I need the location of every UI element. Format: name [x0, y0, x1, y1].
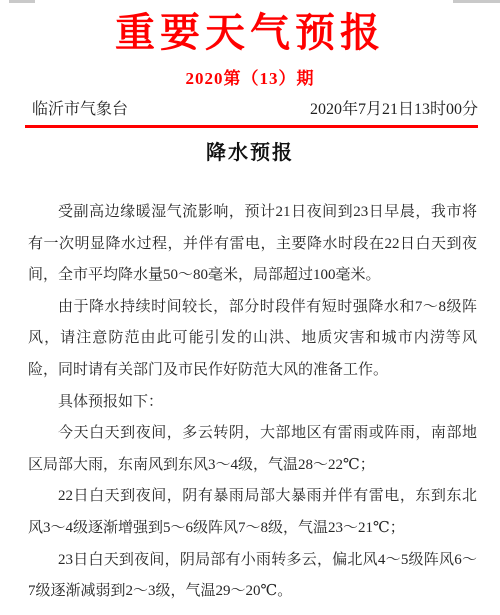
issue-datetime: 2020年7月21日13时00分 — [310, 100, 478, 120]
body-paragraph-forecast-day22: 22日白天到夜间，阴有暴雨局部大暴雨并伴有雷电，东到东北风3～4级逐渐增强到5～… — [28, 481, 477, 544]
header-divider — [25, 125, 478, 128]
body-paragraph-forecast-day23: 23日白天到夜间，阴局部有小雨转多云，偏北风4～5级阵风6～7级逐渐减弱到2～3… — [28, 545, 477, 608]
section-title: 降水预报 — [0, 140, 500, 166]
document-title: 重要天气预报 — [0, 10, 500, 56]
body-paragraph-forecast-today: 今天白天到夜间，多云转阴，大部地区有雷雨或阵雨，南部地区局部大雨，东南风到东风3… — [28, 418, 477, 481]
body-paragraph-risk-warning: 由于降水持续时间较长，部分时段伴有短时强降水和7～8级阵风，请注意防范由此可能引… — [28, 292, 477, 387]
edge-artifact-right — [453, 0, 500, 3]
issuing-agency: 临沂市气象台 — [32, 100, 128, 120]
meta-row: 临沂市气象台 2020年7月21日13时00分 — [0, 100, 500, 120]
body-paragraph-forecast-intro: 具体预报如下： — [28, 387, 477, 419]
edge-artifact-left — [9, 0, 35, 3]
body-paragraph-synopsis: 受副高边缘暖湿气流影响，预计21日夜间到23日早晨，我市将有一次明显降水过程，并… — [28, 197, 477, 292]
issue-number: 2020第（13）期 — [0, 69, 500, 89]
document-body: 受副高边缘暖湿气流影响，预计21日夜间到23日早晨，我市将有一次明显降水过程，并… — [28, 197, 477, 608]
document-page: 重要天气预报 2020第（13）期 临沂市气象台 2020年7月21日13时00… — [0, 0, 500, 615]
